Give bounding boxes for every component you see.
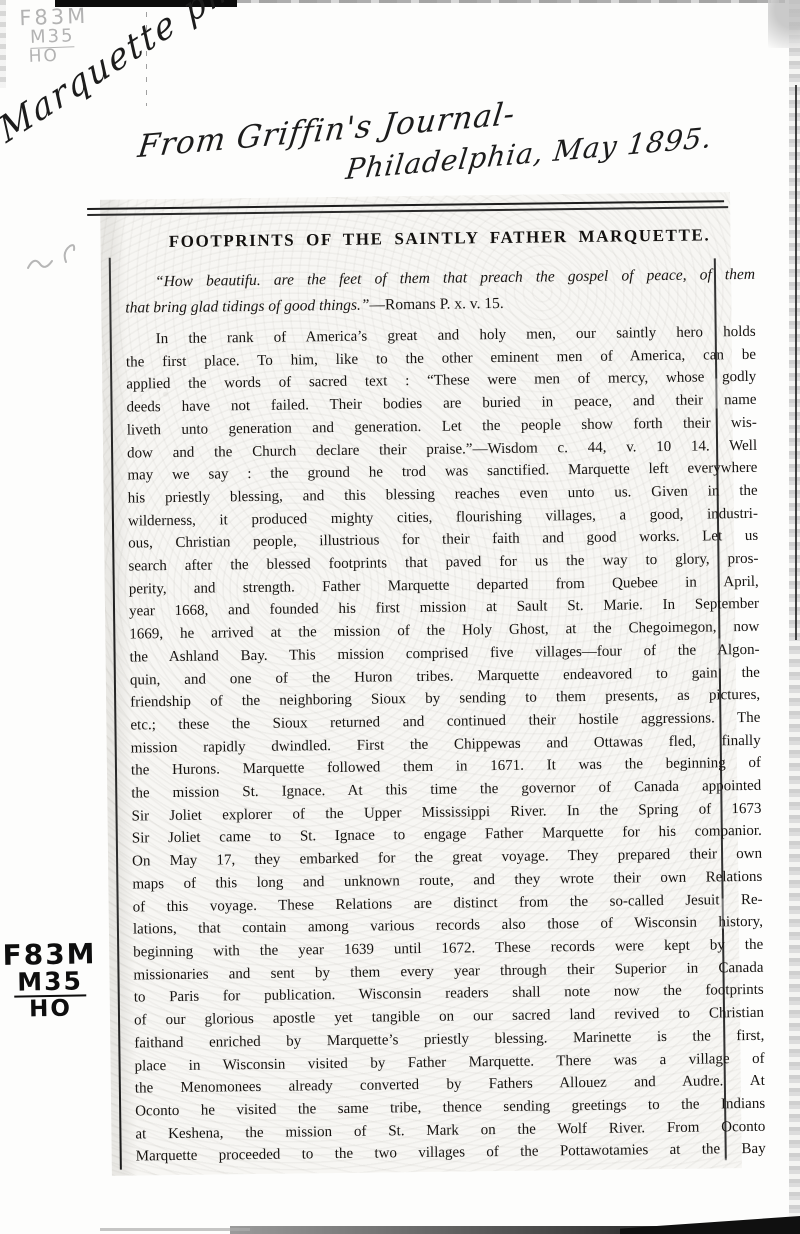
printed-page: FOOTPRINTS OF THE SAINTLY FATHER MARQUET… — [100, 192, 742, 1176]
ink-call-line2: M35 — [14, 968, 86, 997]
epigraph-line2-quote: that bring glad tidings of good things.” — [125, 297, 369, 317]
article-body: In the rank of America’s great and holy … — [126, 321, 766, 1169]
scan-edge-bottom-wedge — [620, 1216, 800, 1234]
scan-edge-left — [0, 0, 6, 88]
scan-edge-right-dark-line — [795, 85, 797, 640]
epigraph-citation: —Romans P. x. v. 15. — [369, 295, 503, 314]
scan-corner-top-right — [768, 0, 800, 48]
scan-edge-top-line — [237, 0, 785, 3]
article-title: FOOTPRINTS OF THE SAINTLY FATHER MARQUET… — [124, 225, 754, 253]
pencil-squiggle-mark — [20, 240, 90, 288]
left-column-rule — [109, 258, 122, 1170]
ink-call-line1: F83M — [1, 940, 97, 970]
epigraph: “How beautifu. are the feet of them that… — [125, 262, 756, 322]
scan-edge-bottom-light — [100, 1228, 250, 1231]
ink-call-number: F83M M35 HO — [1, 940, 98, 1022]
ink-call-line3: HO — [2, 997, 98, 1022]
